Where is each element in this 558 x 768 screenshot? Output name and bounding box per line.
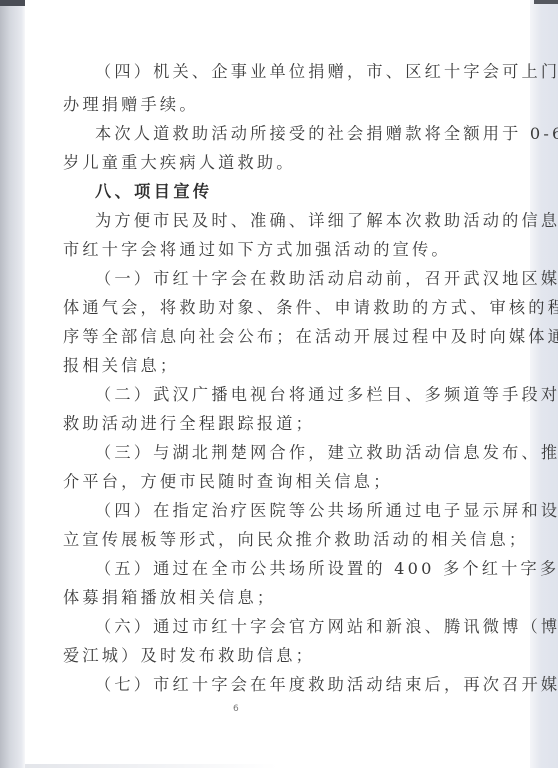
paragraph-line: （二）武汉广播电视台将通过多栏目、多频道等手段对 xyxy=(95,385,443,405)
scan-edge-left xyxy=(0,0,25,768)
paragraph-line: 立宣传展板等形式，向民众推介救助活动的相关信息； xyxy=(63,530,443,550)
paragraph-line: 为方便市民及时、准确、详细了解本次救助活动的信息， xyxy=(95,211,443,231)
paragraph-line: 报相关信息； xyxy=(63,356,443,376)
paragraph-line: （七）市红十字会在年度救助活动结束后，再次召开媒 xyxy=(95,675,443,695)
paragraph-line: （六）通过市红十字会官方网站和新浪、腾讯微博（博 xyxy=(95,617,443,637)
page-number: 6 xyxy=(233,704,239,714)
paragraph-line: 介平台，方便市民随时查询相关信息； xyxy=(63,472,443,492)
paragraph-line: 本次人道救助活动所接受的社会捐赠款将全额用于 0-6 xyxy=(95,124,443,144)
paragraph-line: 市红十字会将通过如下方式加强活动的宣传。 xyxy=(63,240,443,260)
paragraph-line: 体通气会，将救助对象、条件、申请救助的方式、审核的程 xyxy=(63,298,443,318)
paragraph-line: 办理捐赠手续。 xyxy=(63,95,443,115)
paragraph-line: 岁儿童重大疾病人道救助。 xyxy=(63,153,443,173)
scan-bottom-edge xyxy=(25,764,530,768)
paragraph-line: 救助活动进行全程跟踪报道； xyxy=(63,414,443,434)
scan-edge-right-top xyxy=(534,0,558,4)
paragraph-line: 序等全部信息向社会公布；在活动开展过程中及时向媒体通 xyxy=(63,327,443,347)
section-heading: 八、项目宣传 xyxy=(95,182,443,202)
paragraph-line: （五）通过在全市公共场所设置的 400 多个红十字多媒 xyxy=(95,559,443,579)
paragraph-line: （四）在指定治疗医院等公共场所通过电子显示屏和设 xyxy=(95,501,443,521)
paragraph-line: 体募捐箱播放相关信息； xyxy=(63,588,443,608)
paragraph-line: （一）市红十字会在救助活动启动前，召开武汉地区媒 xyxy=(95,269,443,289)
scan-edge-right xyxy=(530,0,558,768)
paragraph-line: （三）与湖北荆楚网合作，建立救助活动信息发布、推 xyxy=(95,443,443,463)
paragraph-line: 爱江城）及时发布救助信息； xyxy=(63,646,443,666)
paragraph-line: （四）机关、企事业单位捐赠，市、区红十字会可上门 xyxy=(95,62,443,82)
